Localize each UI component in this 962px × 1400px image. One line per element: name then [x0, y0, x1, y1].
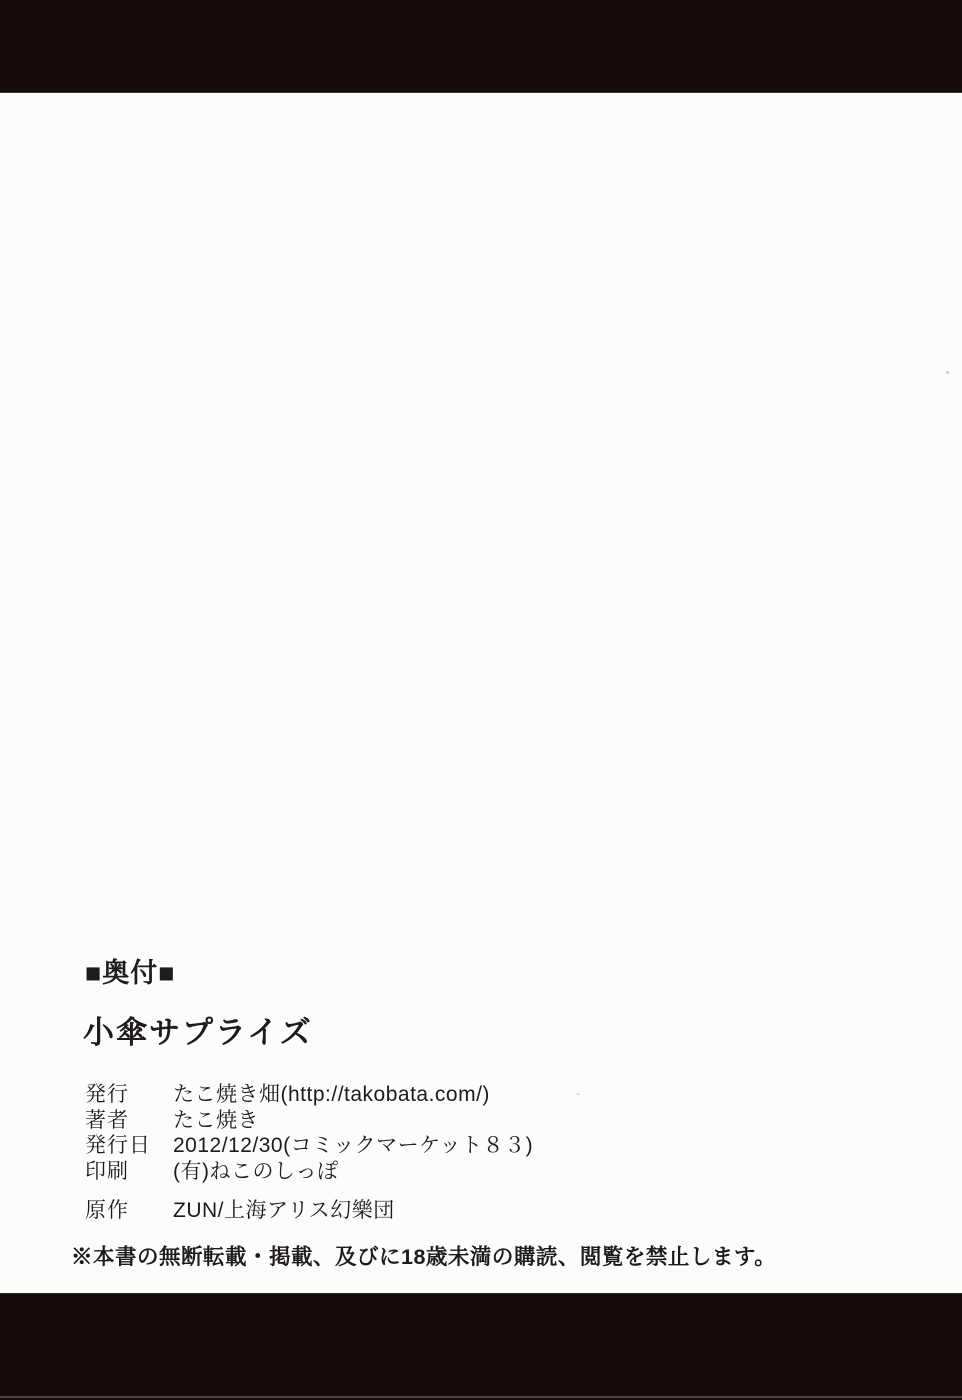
publisher-label: 発行 [85, 1082, 173, 1108]
info-row-publisher: 発行 たこ焼き畑(http://takobata.com/) [85, 1082, 533, 1108]
publish-date-value: 2012/12/30(コミックマーケット８３) [173, 1133, 533, 1159]
info-row-printer: 印刷 (有)ねこのしっぽ [85, 1159, 533, 1185]
colophon-content: ■奥付■ 小傘サプライズ 発行 たこ焼き畑(http://takobata.co… [0, 0, 962, 1400]
publish-date-label: 発行日 [85, 1133, 173, 1159]
info-row-original-work: 原作 ZUN/上海アリス幻樂団 [85, 1198, 395, 1224]
scan-speck [576, 1093, 580, 1095]
info-row-publish-date: 発行日 2012/12/30(コミックマーケット８３) [85, 1133, 533, 1159]
printer-value: (有)ねこのしっぽ [173, 1159, 339, 1185]
bottom-black-band [0, 1293, 962, 1400]
book-title: 小傘サプライズ [83, 1016, 313, 1050]
colophon-header: ■奥付■ [85, 959, 176, 989]
author-value: たこ焼き [173, 1108, 259, 1134]
original-work-value: ZUN/上海アリス幻樂団 [173, 1198, 395, 1224]
disclaimer-text: ※本書の無断転載・掲載、及びに18歳未満の購読、閲覧を禁止します。 [71, 1240, 776, 1271]
original-work-label: 原作 [85, 1198, 173, 1224]
printer-label: 印刷 [85, 1159, 173, 1185]
scan-edge-line [0, 1396, 962, 1398]
author-label: 著者 [85, 1108, 173, 1134]
info-row-author: 著者 たこ焼き [85, 1108, 533, 1134]
publication-info: 発行 たこ焼き畑(http://takobata.com/) 著者 たこ焼き 発… [85, 1082, 533, 1184]
scan-speck [946, 371, 949, 374]
colophon-page: ■奥付■ 小傘サプライズ 発行 たこ焼き畑(http://takobata.co… [0, 0, 962, 1400]
publisher-value: たこ焼き畑(http://takobata.com/) [173, 1082, 490, 1108]
